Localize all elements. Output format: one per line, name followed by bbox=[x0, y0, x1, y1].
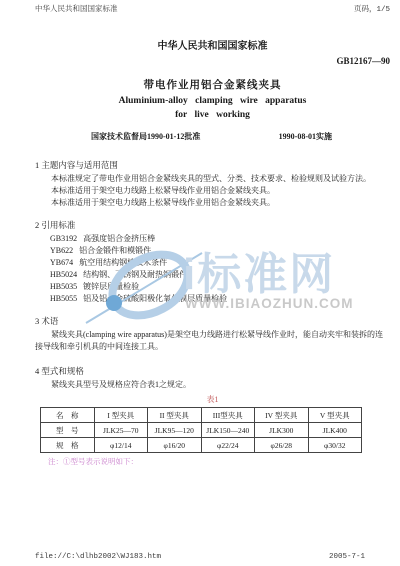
reference-title: 镀锌层质量检验 bbox=[83, 282, 139, 291]
table-cell: JLK150—240 bbox=[201, 423, 255, 438]
section-3-heading: 3 术语 bbox=[35, 315, 390, 327]
section-1-body: 本标准规定了带电作业用铝合金紧线夹具的型式、分类、技术要求、检验规则及试验方法。… bbox=[35, 173, 390, 209]
approval-text: 国家技术监督局1990-01-12批准 bbox=[91, 131, 200, 142]
table-cell: φ26/28 bbox=[255, 438, 309, 453]
reference-item: HB5024结构钢、不锈钢及耐热钢锻件 bbox=[35, 269, 390, 281]
section-1-paragraph: 本标准规定了带电作业用铝合金紧线夹具的型式、分类、技术要求、检验规则及试验方法。 bbox=[35, 173, 390, 185]
reference-code: YB622 bbox=[50, 246, 73, 255]
table-cell: φ12/14 bbox=[94, 438, 148, 453]
reference-item: GB3192高强度铝合金挤压棒 bbox=[35, 233, 390, 245]
reference-code: HB5035 bbox=[50, 282, 77, 291]
footer-date: 2005-7-1 bbox=[329, 553, 365, 561]
table-row: 名 称 I 型夹具 II 型夹具 III型夹具 IV 型夹具 V 型夹具 bbox=[41, 408, 362, 423]
reference-title: 航空用结构钢棒技术条件 bbox=[79, 258, 167, 267]
table-cell: JLK95—120 bbox=[148, 423, 202, 438]
section-4-body: 紧线夹具型号及规格应符合表1之规定。 表1 名 称 I 型夹具 II 型夹具 I… bbox=[35, 379, 390, 467]
section-4-heading: 4 型式和规格 bbox=[35, 365, 390, 377]
table-row: 规 格 φ12/14 φ16/20 φ22/24 φ26/28 φ30/32 bbox=[41, 438, 362, 453]
footer-file-url: file://C:\dlhb2002\WJ183.htm bbox=[35, 553, 161, 561]
document-title-cn: 带电作业用铝合金紧线夹具 bbox=[35, 77, 390, 92]
table-cell: JLK25—70 bbox=[94, 423, 148, 438]
table-cell: II 型夹具 bbox=[148, 408, 202, 423]
table-cell: JLK400 bbox=[308, 423, 362, 438]
reference-item: YB622铝合金锻件和模锻件 bbox=[35, 245, 390, 257]
reference-code: GB3192 bbox=[50, 234, 77, 243]
section-1-paragraph: 本标准适用于架空电力线路上松紧导线作业用铝合金紧线夹具。 bbox=[35, 197, 390, 209]
standard-heading: 中华人民共和国国家标准 bbox=[35, 37, 390, 52]
table-cell: I 型夹具 bbox=[94, 408, 148, 423]
table-cell: φ30/32 bbox=[308, 438, 362, 453]
section-3-body: 紧线夹具(clamping wire apparatus)是架空电力线路进行松紧… bbox=[35, 329, 390, 353]
reference-title: 铝合金锻件和模锻件 bbox=[79, 246, 151, 255]
document-title-en-line1: Aluminium-alloy clamping wire apparatus bbox=[35, 96, 390, 106]
standard-number: GB12167—90 bbox=[35, 56, 390, 66]
reference-code: YB674 bbox=[50, 258, 73, 267]
spec-table: 名 称 I 型夹具 II 型夹具 III型夹具 IV 型夹具 V 型夹具 型 号… bbox=[40, 407, 362, 453]
approval-row: 国家技术监督局1990-01-12批准 1990-08-01实施 bbox=[35, 131, 390, 142]
print-footer: file://C:\dlhb2002\WJ183.htm 2005-7-1 bbox=[0, 553, 400, 561]
reference-item: HB5035镀锌层质量检验 bbox=[35, 281, 390, 293]
table-cell: IV 型夹具 bbox=[255, 408, 309, 423]
table-caption: 表1 bbox=[35, 394, 390, 405]
section-2-body: GB3192高强度铝合金挤压棒 YB622铝合金锻件和模锻件 YB674航空用结… bbox=[35, 233, 390, 305]
section-2-heading: 2 引用标准 bbox=[35, 219, 390, 231]
reference-code: HB5024 bbox=[50, 270, 77, 279]
header-page-number: 页码，1/5 bbox=[354, 3, 390, 14]
implementation-text: 1990-08-01实施 bbox=[279, 131, 332, 142]
reference-title: 高强度铝合金挤压棒 bbox=[83, 234, 155, 243]
document-title-en-line2: for live working bbox=[35, 110, 390, 120]
row-label-cell: 规 格 bbox=[41, 438, 95, 453]
table-cell: φ22/24 bbox=[201, 438, 255, 453]
table-note: 注：①型号表示说明如下： bbox=[48, 456, 390, 467]
table-cell: φ16/20 bbox=[148, 438, 202, 453]
document-body: 中华人民共和国国家标准 GB12167—90 带电作业用铝合金紧线夹具 Alum… bbox=[35, 30, 390, 467]
header-standard-label: 中华人民共和国国家标准 bbox=[35, 3, 118, 14]
row-label-cell: 名 称 bbox=[41, 408, 95, 423]
section-3-paragraph: 紧线夹具(clamping wire apparatus)是架空电力线路进行松紧… bbox=[35, 329, 390, 353]
reference-code: HB5055 bbox=[50, 294, 77, 303]
section-1-heading: 1 主题内容与适用范围 bbox=[35, 159, 390, 171]
table-cell: JLK300 bbox=[255, 423, 309, 438]
section-4-paragraph: 紧线夹具型号及规格应符合表1之规定。 bbox=[35, 379, 390, 391]
reference-title: 铝及铝合金硫酸阳极化氧化膜层质量检验 bbox=[83, 294, 227, 303]
document-page: 中华人民共和国国家标准 页码，1/5 i标准网 WWW.IBIAOZHUN.CO… bbox=[0, 0, 400, 566]
table-row: 型 号 JLK25—70 JLK95—120 JLK150—240 JLK300… bbox=[41, 423, 362, 438]
table-cell: V 型夹具 bbox=[308, 408, 362, 423]
row-label-cell: 型 号 bbox=[41, 423, 95, 438]
reference-item: HB5055铝及铝合金硫酸阳极化氧化膜层质量检验 bbox=[35, 293, 390, 305]
reference-title: 结构钢、不锈钢及耐热钢锻件 bbox=[83, 270, 187, 279]
reference-item: YB674航空用结构钢棒技术条件 bbox=[35, 257, 390, 269]
print-header: 中华人民共和国国家标准 页码，1/5 bbox=[0, 3, 400, 14]
table-cell: III型夹具 bbox=[201, 408, 255, 423]
section-1-paragraph: 本标准适用于架空电力线路上松紧导线作业用铝合金紧线夹具。 bbox=[35, 185, 390, 197]
